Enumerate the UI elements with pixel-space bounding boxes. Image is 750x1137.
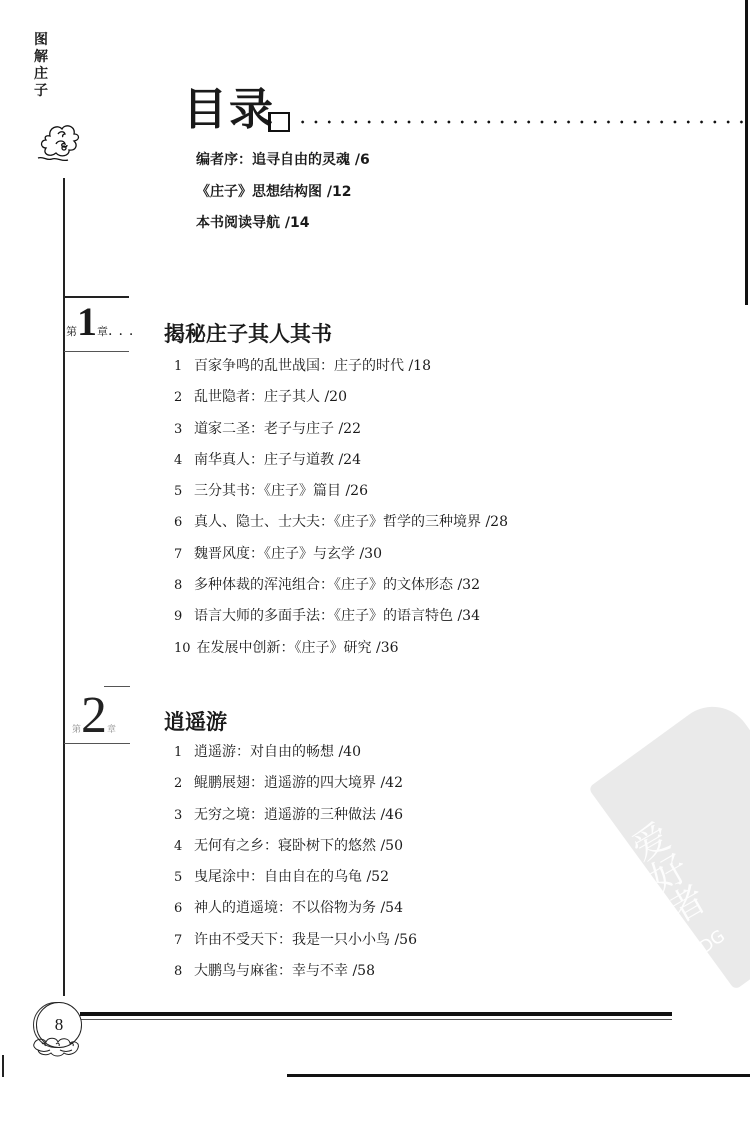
item-text: 逍遥游：对自由的畅想 <box>194 744 334 760</box>
footer-rule-thin <box>80 1019 672 1020</box>
item-page: /22 <box>338 421 361 437</box>
list-item[interactable]: 1百家争鸣的乱世战国：庄子的时代 /18 <box>174 351 508 382</box>
item-page: /50 <box>380 838 403 854</box>
square-marker-icon <box>268 112 290 132</box>
item-text: 多种体裁的浑沌组合：《庄子》的文体形态 <box>194 577 453 593</box>
list-item[interactable]: 8大鹏鸟与麻雀：幸与不幸 /58 <box>174 956 417 987</box>
spine-rule <box>63 178 65 996</box>
list-item[interactable]: 9语言大师的多面手法：《庄子》的语言特色 /34 <box>174 601 508 632</box>
book-title-char: 图 <box>33 32 49 49</box>
item-text: 无穷之境：逍遥游的三种做法 <box>194 807 376 823</box>
list-item[interactable]: 7许由不受天下：我是一只小小鸟 /56 <box>174 925 417 956</box>
item-text: 魏晋风度：《庄子》与玄学 <box>194 546 355 562</box>
list-item[interactable]: 4无何有之乡：寝卧树下的悠然 /50 <box>174 831 417 862</box>
list-item[interactable]: 7魏晋风度：《庄子》与玄学 /30 <box>174 539 508 570</box>
item-page: /26 <box>345 483 368 499</box>
chapter-title[interactable]: 逍遥游 <box>164 706 227 736</box>
item-page: /58 <box>352 963 375 979</box>
item-page: /46 <box>380 807 403 823</box>
book-title-char: 子 <box>33 83 49 100</box>
item-page: /56 <box>394 932 417 948</box>
chapter-2-badge: 第2章 <box>72 690 116 742</box>
item-page: /24 <box>338 452 361 468</box>
chapter-1-badge: 第1章... <box>66 302 139 348</box>
preface-item[interactable]: 《庄子》思想结构图 /12 <box>196 181 351 201</box>
dotted-leader <box>296 112 744 132</box>
chapter-rule-bottom <box>64 351 129 352</box>
list-item[interactable]: 6神人的逍遥境：不以俗物为务 /54 <box>174 893 417 924</box>
chapter-number: 2 <box>81 687 107 744</box>
item-page: /20 <box>324 389 347 405</box>
book-title-char: 解 <box>33 49 49 66</box>
chapter-suffix: 章 <box>97 325 108 338</box>
item-text: 鲲鹏展翅：逍遥游的四大境界 <box>194 775 376 791</box>
preface-page: /12 <box>327 184 352 200</box>
item-page: /28 <box>485 514 508 530</box>
list-item[interactable]: 10在发展中创新：《庄子》研究 /36 <box>174 633 508 664</box>
chapter-1-list: 1百家争鸣的乱世战国：庄子的时代 /18 2乱世隐者：庄子其人 /20 3道家二… <box>174 351 508 664</box>
preface-item[interactable]: 编者序：追寻自由的灵魂 /6 <box>196 149 370 169</box>
chapter-leader: ... <box>108 323 139 339</box>
item-page: /18 <box>408 358 431 374</box>
item-text: 神人的逍遥境：不以俗物为务 <box>194 900 376 916</box>
list-item[interactable]: 6真人、隐士、士大夫：《庄子》哲学的三种境界 /28 <box>174 507 508 538</box>
preface-label: 《庄子》思想结构图 <box>196 184 322 200</box>
item-page: /30 <box>359 546 382 562</box>
bottom-rule <box>287 1074 750 1077</box>
item-page: /40 <box>338 744 361 760</box>
preface-page: /6 <box>355 152 370 168</box>
list-item[interactable]: 8多种体裁的浑沌组合：《庄子》的文体形态 /32 <box>174 570 508 601</box>
item-page: /52 <box>366 869 389 885</box>
item-page: /32 <box>457 577 480 593</box>
toc-title: 目录 <box>183 85 275 135</box>
item-page: /54 <box>380 900 403 916</box>
chapter-rule-top <box>104 686 130 687</box>
item-text: 大鹏鸟与麻雀：幸与不幸 <box>194 963 348 979</box>
book-title-vertical: 图 解 庄 子 <box>33 32 49 100</box>
item-text: 许由不受天下：我是一只小小鸟 <box>194 932 390 948</box>
list-item[interactable]: 1逍遥游：对自由的畅想 /40 <box>174 737 417 768</box>
book-title-char: 庄 <box>33 66 49 83</box>
footer-rule-thick <box>80 1012 672 1016</box>
item-text: 三分其书：《庄子》篇目 <box>194 483 341 499</box>
list-item[interactable]: 2乱世隐者：庄子其人 /20 <box>174 382 508 413</box>
chapter-prefix: 第 <box>66 325 77 338</box>
preface-item[interactable]: 本书阅读导航 /14 <box>196 212 309 232</box>
item-page: /34 <box>457 608 480 624</box>
list-item[interactable]: 3道家二圣：老子与庄子 /22 <box>174 414 508 445</box>
list-item[interactable]: 4南华真人：庄子与道教 /24 <box>174 445 508 476</box>
preface-label: 编者序：追寻自由的灵魂 <box>196 152 350 168</box>
chapter-number: 1 <box>77 299 97 344</box>
list-item[interactable]: 2鲲鹏展翅：逍遥游的四大境界 /42 <box>174 768 417 799</box>
list-item[interactable]: 5曳尾涂中：自由自在的乌龟 /52 <box>174 862 417 893</box>
chapter-rule-top <box>64 296 129 298</box>
chapter-prefix: 第 <box>72 725 81 735</box>
margin-rule <box>2 1055 4 1077</box>
right-border-rule <box>745 0 748 305</box>
item-text: 道家二圣：老子与庄子 <box>194 421 334 437</box>
item-text: 真人、隐士、士大夫：《庄子》哲学的三种境界 <box>194 514 481 530</box>
preface-page: /14 <box>285 215 310 231</box>
item-text: 语言大师的多面手法：《庄子》的语言特色 <box>194 608 453 624</box>
item-text: 无何有之乡：寝卧树下的悠然 <box>194 838 376 854</box>
chapter-title[interactable]: 揭秘庄子其人其书 <box>164 318 332 348</box>
list-item[interactable]: 5三分其书：《庄子》篇目 /26 <box>174 476 508 507</box>
chapter-suffix: 章 <box>107 725 116 735</box>
footer-cloud-ornament-icon <box>30 1030 86 1060</box>
item-text: 百家争鸣的乱世战国：庄子的时代 <box>194 358 404 374</box>
item-text: 在发展中创新：《庄子》研究 <box>197 640 372 656</box>
item-page: /42 <box>380 775 403 791</box>
preface-label: 本书阅读导航 <box>196 215 280 231</box>
cloud-ornament-icon <box>34 118 90 174</box>
item-text: 曳尾涂中：自由自在的乌龟 <box>194 869 362 885</box>
item-text: 乱世隐者：庄子其人 <box>194 389 320 405</box>
chapter-2-list: 1逍遥游：对自由的畅想 /40 2鲲鹏展翅：逍遥游的四大境界 /42 3无穷之境… <box>174 737 417 987</box>
item-page: /36 <box>376 640 399 656</box>
list-item[interactable]: 3无穷之境：逍遥游的三种做法 /46 <box>174 800 417 831</box>
item-text: 南华真人：庄子与道教 <box>194 452 334 468</box>
